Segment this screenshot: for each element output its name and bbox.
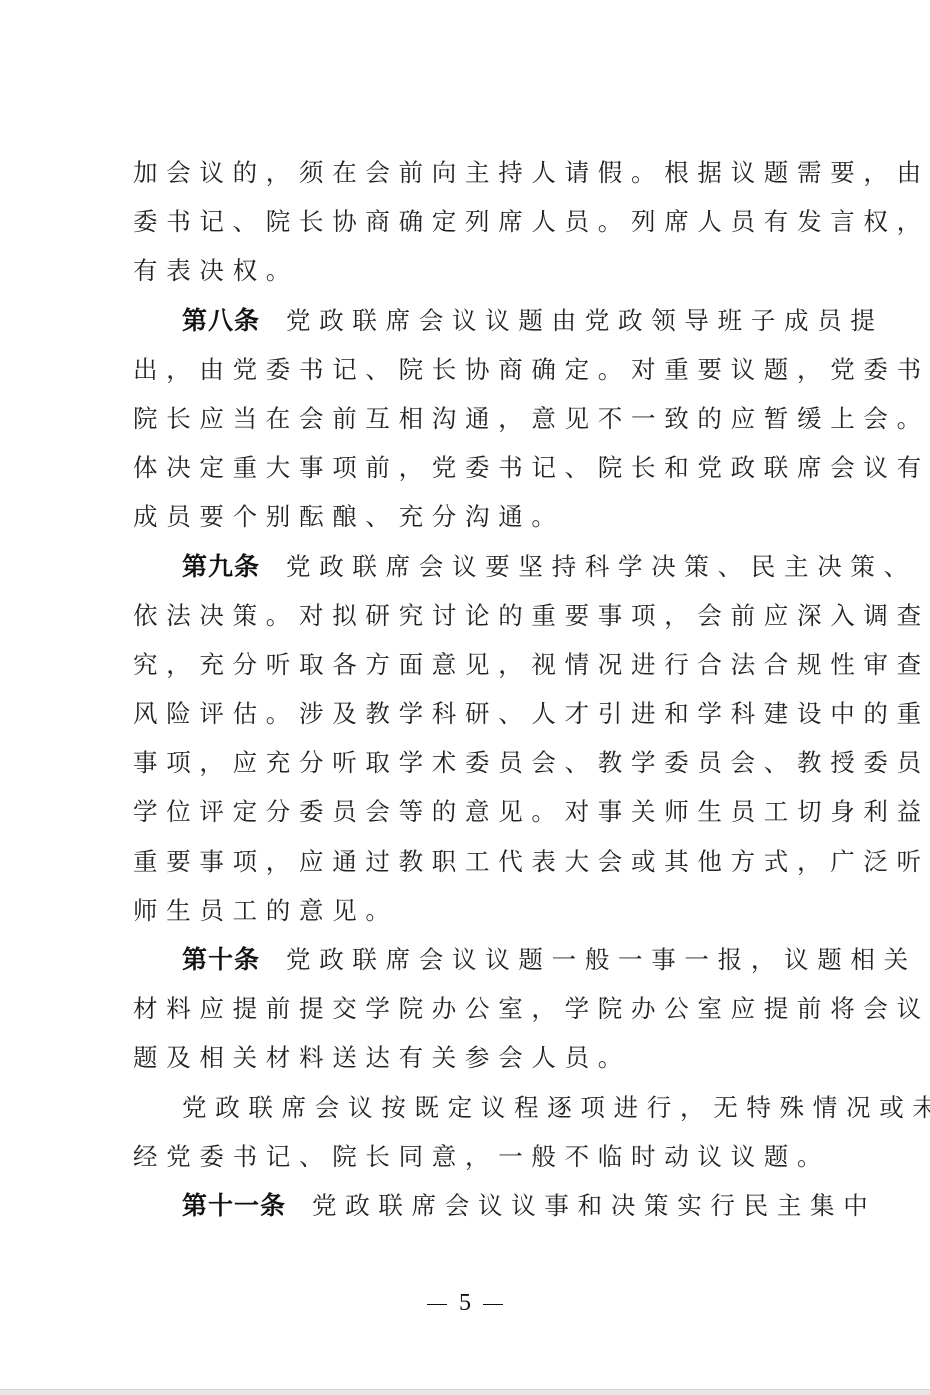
line-text: 究，充分听取各方面意见，视情况进行合法合规性审查和	[133, 650, 930, 679]
text-line: 事项，应充分听取学术委员会、教学委员会、教授委员会、	[133, 738, 813, 787]
article-heading: 第八条	[182, 306, 260, 335]
line-text: 经党委书记、院长同意，一般不临时动议议题。	[133, 1142, 830, 1171]
line-text: 材料应提前提交学院办公室，学院办公室应提前将会议议	[133, 994, 930, 1023]
document-page: 加会议的，须在会前向主持人请假。根据议题需要，由党委书记、院长协商确定列席人员。…	[0, 0, 930, 1390]
line-text: 重要事项，应通过教职工代表大会或其他方式，广泛听取	[133, 847, 930, 876]
text-line: 题及相关材料送达有关参会人员。	[133, 1033, 813, 1082]
dash-right	[483, 1304, 503, 1306]
body-text: 加会议的，须在会前向主持人请假。根据议题需要，由党委书记、院长协商确定列席人员。…	[133, 148, 813, 1230]
text-line: 加会议的，须在会前向主持人请假。根据议题需要，由党	[133, 148, 813, 197]
line-text: 党政联席会议按既定议程逐项进行，无特殊情况或未	[182, 1093, 930, 1122]
text-line: 委书记、院长协商确定列席人员。列席人员有发言权，没	[133, 197, 813, 246]
page-number: 5	[459, 1290, 471, 1316]
line-text: 事项，应充分听取学术委员会、教学委员会、教授委员会、	[133, 748, 930, 777]
text-line: 党政联席会议按既定议程逐项进行，无特殊情况或未	[133, 1083, 813, 1132]
article-heading: 第九条	[182, 552, 260, 581]
page-bottom-edge	[0, 1389, 930, 1395]
line-text: 党政联席会议议题由党政领导班子成员提	[286, 306, 884, 335]
line-text: 依法决策。对拟研究讨论的重要事项，会前应深入调查研	[133, 601, 930, 630]
text-line: 重要事项，应通过教职工代表大会或其他方式，广泛听取	[133, 837, 813, 886]
line-text: 委书记、院长协商确定列席人员。列席人员有发言权，没	[133, 207, 930, 236]
line-text: 体决定重大事项前，党委书记、院长和党政联席会议有关	[133, 453, 930, 482]
text-line: 学位评定分委员会等的意见。对事关师生员工切身利益的	[133, 787, 813, 836]
text-line: 究，充分听取各方面意见，视情况进行合法合规性审查和	[133, 640, 813, 689]
text-line: 依法决策。对拟研究讨论的重要事项，会前应深入调查研	[133, 591, 813, 640]
line-text: 党政联席会议议题一般一事一报，议题相关	[286, 945, 917, 974]
line-text: 成员要个别酝酿、充分沟通。	[133, 502, 565, 531]
line-text: 有表决权。	[133, 256, 299, 285]
line-text: 加会议的，须在会前向主持人请假。根据议题需要，由党	[133, 158, 930, 187]
line-text: 党政联席会议要坚持科学决策、民主决策、	[286, 552, 917, 581]
page-number-footer: 5	[0, 1290, 930, 1317]
line-text: 学位评定分委员会等的意见。对事关师生员工切身利益的	[133, 797, 930, 826]
text-line: 经党委书记、院长同意，一般不临时动议议题。	[133, 1132, 813, 1181]
article-line: 第八条党政联席会议议题由党政领导班子成员提	[133, 296, 813, 345]
text-line: 材料应提前提交学院办公室，学院办公室应提前将会议议	[133, 984, 813, 1033]
article-heading: 第十一条	[182, 1191, 286, 1220]
article-line: 第九条党政联席会议要坚持科学决策、民主决策、	[133, 542, 813, 591]
line-text: 党政联席会议议事和决策实行民主集中	[312, 1191, 876, 1220]
article-line: 第十条党政联席会议议题一般一事一报，议题相关	[133, 935, 813, 984]
article-heading: 第十条	[182, 945, 260, 974]
text-line: 有表决权。	[133, 246, 813, 295]
article-line: 第十一条党政联席会议议事和决策实行民主集中	[133, 1181, 813, 1230]
text-line: 风险评估。涉及教学科研、人才引进和学科建设中的重要	[133, 689, 813, 738]
line-text: 出，由党委书记、院长协商确定。对重要议题，党委书记、	[133, 355, 930, 384]
text-line: 成员要个别酝酿、充分沟通。	[133, 492, 813, 541]
line-text: 师生员工的意见。	[133, 896, 399, 925]
text-line: 院长应当在会前互相沟通，意见不一致的应暂缓上会。集	[133, 394, 813, 443]
text-line: 出，由党委书记、院长协商确定。对重要议题，党委书记、	[133, 345, 813, 394]
text-line: 师生员工的意见。	[133, 886, 813, 935]
line-text: 风险评估。涉及教学科研、人才引进和学科建设中的重要	[133, 699, 930, 728]
dash-left	[427, 1304, 447, 1306]
line-text: 院长应当在会前互相沟通，意见不一致的应暂缓上会。集	[133, 404, 930, 433]
line-text: 题及相关材料送达有关参会人员。	[133, 1043, 631, 1072]
text-line: 体决定重大事项前，党委书记、院长和党政联席会议有关	[133, 443, 813, 492]
